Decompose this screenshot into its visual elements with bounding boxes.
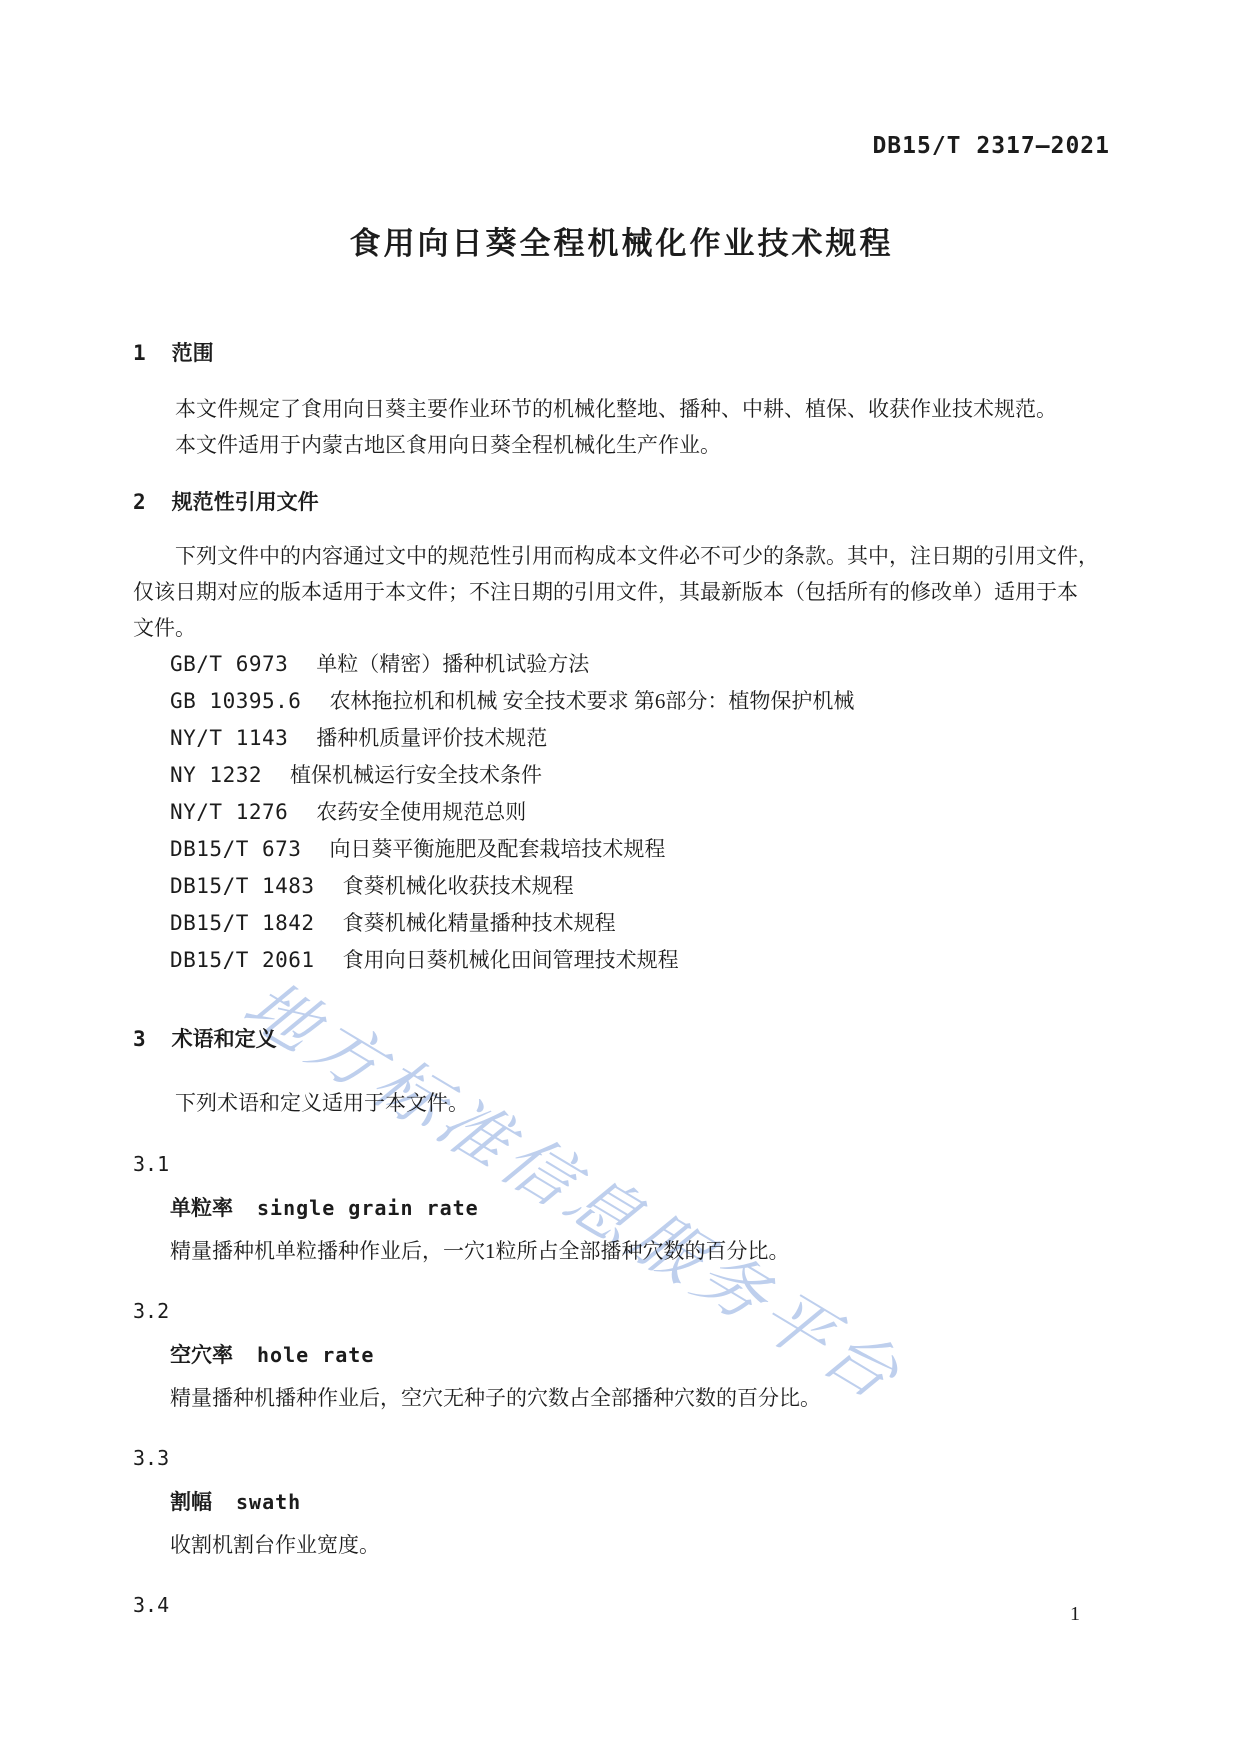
- section-number: 3: [133, 1024, 146, 1054]
- reference-title: 食葵机械化收获技术规程: [343, 874, 574, 898]
- term-name-en: single grain rate: [257, 1196, 479, 1220]
- section-heading-text: 术语和定义: [172, 1028, 277, 1051]
- reference-code: NY/T 1143: [170, 726, 288, 750]
- term-name-en: hole rate: [257, 1343, 374, 1367]
- reference-code: DB15/T 2061: [170, 948, 315, 972]
- reference-code: NY/T 1276: [170, 800, 288, 824]
- page-content: DB15/T 2317—2021 食用向日葵全程机械化作业技术规程 1范围 本文…: [0, 0, 1241, 1620]
- term-number: 3.2: [133, 1296, 1110, 1326]
- term-block: 3.2 空穴率hole rate 精量播种机播种作业后，空穴无种子的穴数占全部播…: [133, 1296, 1110, 1415]
- term-heading: 空穴率hole rate: [133, 1340, 1110, 1373]
- reference-title: 植保机械运行安全技术条件: [290, 763, 542, 787]
- reference-code: GB/T 6973: [170, 652, 288, 676]
- page-number: 1: [1070, 1603, 1080, 1626]
- term-heading: 单粒率single grain rate: [133, 1193, 1110, 1226]
- reference-item: GB 10395.6农林拖拉机和机械 安全技术要求 第6部分：植物保护机械: [133, 683, 1110, 720]
- reference-title: 农药安全使用规范总则: [316, 800, 526, 824]
- term-definition: 收割机割台作业宽度。: [133, 1528, 1110, 1562]
- term-block: 3.3 割幅swath 收割机割台作业宽度。: [133, 1443, 1110, 1562]
- term-name-zh: 空穴率: [170, 1344, 233, 1367]
- section-number: 1: [133, 338, 146, 368]
- section-heading-2: 2规范性引用文件: [133, 487, 1110, 518]
- doc-code: DB15/T 2317—2021: [133, 132, 1110, 160]
- reference-code: DB15/T 673: [170, 837, 301, 861]
- reference-code: DB15/T 1842: [170, 911, 315, 935]
- section-heading-text: 范围: [172, 342, 214, 365]
- section-number: 2: [133, 487, 146, 517]
- reference-item: NY 1232植保机械运行安全技术条件: [133, 757, 1110, 794]
- section-heading-3: 3术语和定义: [133, 1024, 1110, 1055]
- reference-item: NY/T 1276农药安全使用规范总则: [133, 794, 1110, 831]
- term-definition: 精量播种机单粒播种作业后，一穴1粒所占全部播种穴数的百分比。: [133, 1234, 1110, 1268]
- reference-item: NY/T 1143播种机质量评价技术规范: [133, 720, 1110, 757]
- term-name-zh: 割幅: [170, 1491, 212, 1514]
- term-number: 3.4: [133, 1590, 1110, 1620]
- page-title: 食用向日葵全程机械化作业技术规程: [133, 222, 1110, 266]
- term-block: 3.1 单粒率single grain rate 精量播种机单粒播种作业后，一穴…: [133, 1149, 1110, 1268]
- term-number: 3.1: [133, 1149, 1110, 1179]
- reference-code: GB 10395.6: [170, 689, 301, 713]
- paragraph-line: 本文件适用于内蒙古地区食用向日葵全程机械化生产作业。: [133, 427, 1110, 463]
- paragraph-line: 仅该日期对应的版本适用于本文件；不注日期的引用文件，其最新版本（包括所有的修改单…: [133, 574, 1110, 610]
- section-heading-1: 1范围: [133, 338, 1110, 369]
- document-page: 地方标准信息服务平台 DB15/T 2317—2021 食用向日葵全程机械化作业…: [0, 0, 1241, 1754]
- reference-item: DB15/T 1842食葵机械化精量播种技术规程: [133, 905, 1110, 942]
- reference-title: 食用向日葵机械化田间管理技术规程: [343, 948, 679, 972]
- term-name-zh: 单粒率: [170, 1197, 233, 1220]
- section-2-intro: 下列文件中的内容通过文中的规范性引用而构成本文件必不可少的条款。其中，注日期的引…: [133, 538, 1110, 646]
- reference-item: DB15/T 2061食用向日葵机械化田间管理技术规程: [133, 942, 1110, 979]
- paragraph-line: 下列文件中的内容通过文中的规范性引用而构成本文件必不可少的条款。其中，注日期的引…: [133, 538, 1110, 574]
- term-block: 3.4: [133, 1590, 1110, 1620]
- term-heading: 割幅swath: [133, 1487, 1110, 1520]
- reference-item: DB15/T 1483食葵机械化收获技术规程: [133, 868, 1110, 905]
- reference-title: 向日葵平衡施肥及配套栽培技术规程: [329, 837, 665, 861]
- term-definition: 精量播种机播种作业后，空穴无种子的穴数占全部播种穴数的百分比。: [133, 1381, 1110, 1415]
- reference-item: DB15/T 673向日葵平衡施肥及配套栽培技术规程: [133, 831, 1110, 868]
- section-3-intro: 下列术语和定义适用于本文件。: [133, 1085, 1110, 1121]
- reference-title: 播种机质量评价技术规范: [316, 726, 547, 750]
- term-number: 3.3: [133, 1443, 1110, 1473]
- reference-item: GB/T 6973单粒（精密）播种机试验方法: [133, 646, 1110, 683]
- reference-code: DB15/T 1483: [170, 874, 315, 898]
- reference-list: GB/T 6973单粒（精密）播种机试验方法 GB 10395.6农林拖拉机和机…: [133, 646, 1110, 979]
- reference-code: NY 1232: [170, 763, 262, 787]
- reference-title: 食葵机械化精量播种技术规程: [343, 911, 616, 935]
- section-heading-text: 规范性引用文件: [172, 491, 319, 514]
- reference-title: 农林拖拉机和机械 安全技术要求 第6部分：植物保护机械: [329, 689, 854, 713]
- term-name-en: swath: [236, 1490, 301, 1514]
- section-1-body: 本文件规定了食用向日葵主要作业环节的机械化整地、播种、中耕、植保、收获作业技术规…: [133, 391, 1110, 463]
- reference-title: 单粒（精密）播种机试验方法: [316, 652, 589, 676]
- paragraph-line: 文件。: [133, 610, 1110, 646]
- paragraph-line: 本文件规定了食用向日葵主要作业环节的机械化整地、播种、中耕、植保、收获作业技术规…: [133, 391, 1110, 427]
